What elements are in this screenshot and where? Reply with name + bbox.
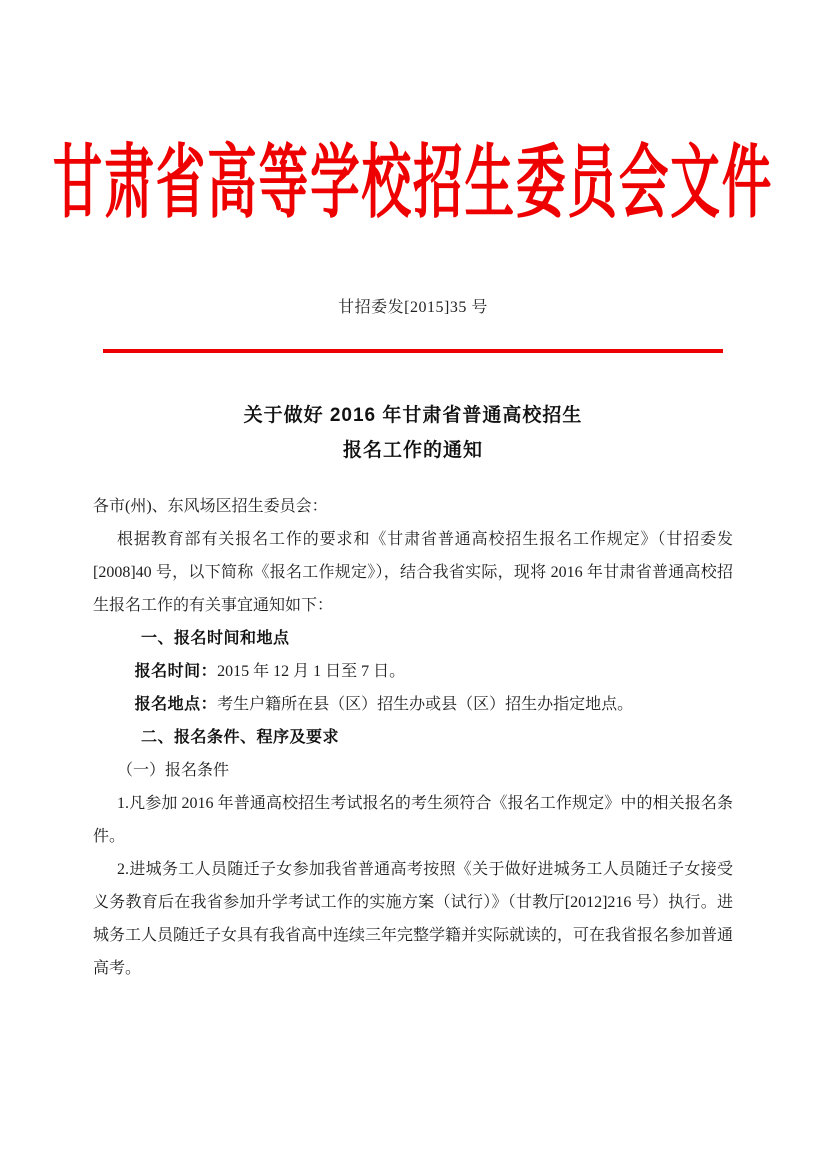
registration-place-line: 报名地点：考生户籍所在县（区）招生办或县（区）招生办指定地点。 <box>93 688 733 721</box>
red-divider-line <box>103 349 723 353</box>
registration-time-value: 2015 年 12 月 1 日至 7 日。 <box>217 663 405 680</box>
intro-paragraph: 根据教育部有关报名工作的要求和《甘肃省普通高校招生报名工作规定》（甘招委发[20… <box>93 523 733 622</box>
registration-place-value: 考生户籍所在县（区）招生办或县（区）招生办指定地点。 <box>217 696 633 713</box>
registration-time-label: 报名时间： <box>135 663 218 680</box>
document-number: 甘招委发[2015]35 号 <box>0 297 826 319</box>
registration-place-label: 报名地点： <box>135 696 218 713</box>
section2-heading: 二、报名条件、程序及要求 <box>93 721 733 754</box>
issuer-banner: 甘肃省高等学校招生委员会文件 <box>0 0 826 227</box>
document-body: 各市(州)、东风场区招生委员会： 根据教育部有关报名工作的要求和《甘肃省普通高校… <box>93 490 733 985</box>
document-title: 关于做好 2016 年甘肃省普通高校招生 报名工作的通知 <box>0 398 826 468</box>
document-title-line2: 报名工作的通知 <box>0 433 826 468</box>
document-title-line1: 关于做好 2016 年甘肃省普通高校招生 <box>0 398 826 433</box>
section2-item2: 2.进城务工人员随迁子女参加我省普通高考按照《关于做好进城务工人员随迁子女接受义… <box>93 853 733 985</box>
section2-sub-heading: （一）报名条件 <box>93 754 733 787</box>
official-document-page: 甘肃省高等学校招生委员会文件 甘招委发[2015]35 号 关于做好 2016 … <box>0 0 826 1169</box>
salutation-line: 各市(州)、东风场区招生委员会： <box>93 490 733 523</box>
section2-item1: 1.凡参加 2016 年普通高校招生考试报名的考生须符合《报名工作规定》中的相关… <box>93 787 733 853</box>
issuer-banner-title: 甘肃省高等学校招生委员会文件 <box>53 141 773 227</box>
section1-heading: 一、报名时间和地点 <box>93 622 733 655</box>
registration-time-line: 报名时间：2015 年 12 月 1 日至 7 日。 <box>93 655 733 688</box>
